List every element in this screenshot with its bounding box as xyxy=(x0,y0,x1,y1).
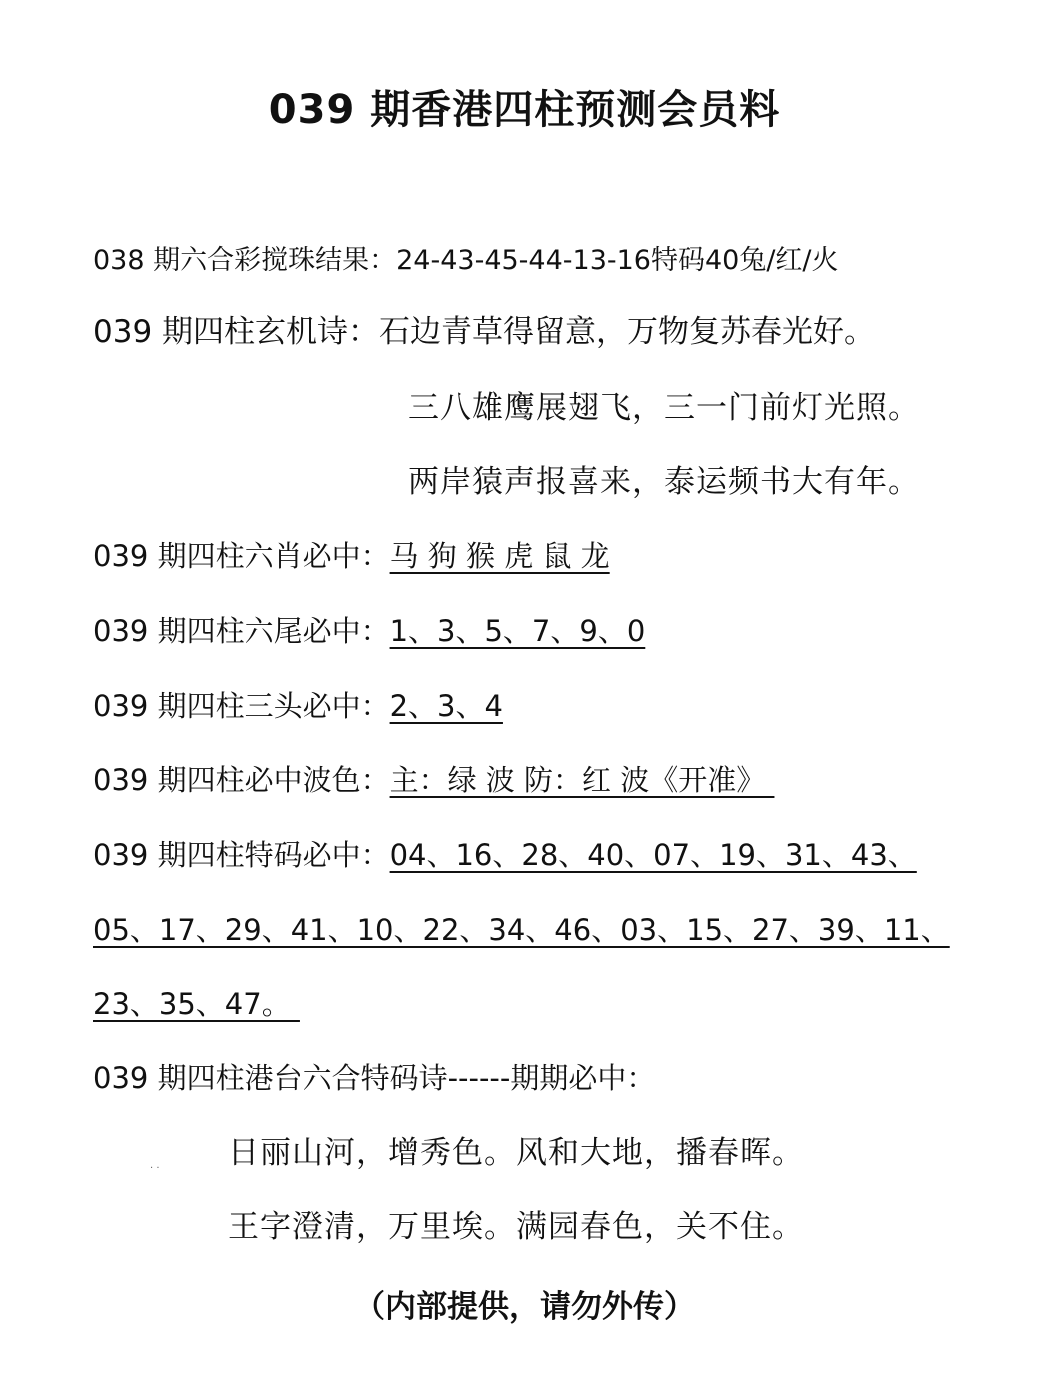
tails-value: 1、3、5、7、9、0 xyxy=(390,614,646,648)
special-value-1: 04、16、28、40、07、19、31、43、 xyxy=(390,838,917,872)
poem-text-3: 两岸猿声报喜来，泰运频书大有年。 xyxy=(408,462,920,502)
zodiac-value: 马 狗 猴 虎 鼠 龙 xyxy=(390,539,610,573)
wave-label: 039 期四柱必中波色： xyxy=(93,763,390,797)
poem-text-2: 三八雄鹰展翅飞，三一门前灯光照。 xyxy=(408,388,920,428)
special-label: 039 期四柱特码必中： xyxy=(93,838,390,872)
zodiac-line: 039 期四柱六肖必中：马 狗 猴 虎 鼠 龙 xyxy=(93,536,610,576)
tails-line: 039 期四柱六尾必中：1、3、5、7、9、0 xyxy=(93,611,645,651)
wave-value: 主：绿 波 防：红 波《开准》 xyxy=(390,763,775,797)
special-value-3: 23、35、47。 xyxy=(93,984,300,1024)
verse-text-2: 王字澄清，万里埃。满园春色，关不住。 xyxy=(228,1207,804,1247)
poem-text-1: 石边青草得留意，万物复苏春光好。 xyxy=(379,314,875,350)
verse-text-1: 日丽山河，增秀色。风和大地，播春晖。 xyxy=(228,1133,804,1173)
poem-line-1: 039 期四柱玄机诗：石边青草得留意，万物复苏春光好。 xyxy=(93,312,875,352)
heads-value: 2、3、4 xyxy=(390,689,503,723)
special-line: 039 期四柱特码必中：04、16、28、40、07、19、31、43、 xyxy=(93,835,917,875)
tails-label: 039 期四柱六尾必中： xyxy=(93,614,390,648)
wave-line: 039 期四柱必中波色：主：绿 波 防：红 波《开准》 xyxy=(93,760,774,800)
heads-label: 039 期四柱三头必中： xyxy=(93,689,390,723)
heads-line: 039 期四柱三头必中：2、3、4 xyxy=(93,686,503,726)
stray-dots: . . xyxy=(150,1160,160,1171)
page-title: 039 期香港四柱预测会员料 xyxy=(0,78,1049,135)
verse-label: 039 期四柱港台六合特码诗------期期必中： xyxy=(93,1058,655,1098)
zodiac-label: 039 期四柱六肖必中： xyxy=(93,539,390,573)
footer-note: （内部提供，请勿外传） xyxy=(0,1281,1049,1326)
draw-result-line: 038 期六合彩搅珠结果：24-43-45-44-13-16特码40兔/红/火 xyxy=(93,241,839,281)
draw-result-label: 038 期六合彩搅珠结果： xyxy=(93,245,396,276)
draw-result-value: 24-43-45-44-13-16特码40兔/红/火 xyxy=(396,245,838,276)
special-value-2: 05、17、29、41、10、22、34、46、03、15、27、39、11、 xyxy=(93,910,950,950)
poem-label: 039 期四柱玄机诗： xyxy=(93,314,379,350)
